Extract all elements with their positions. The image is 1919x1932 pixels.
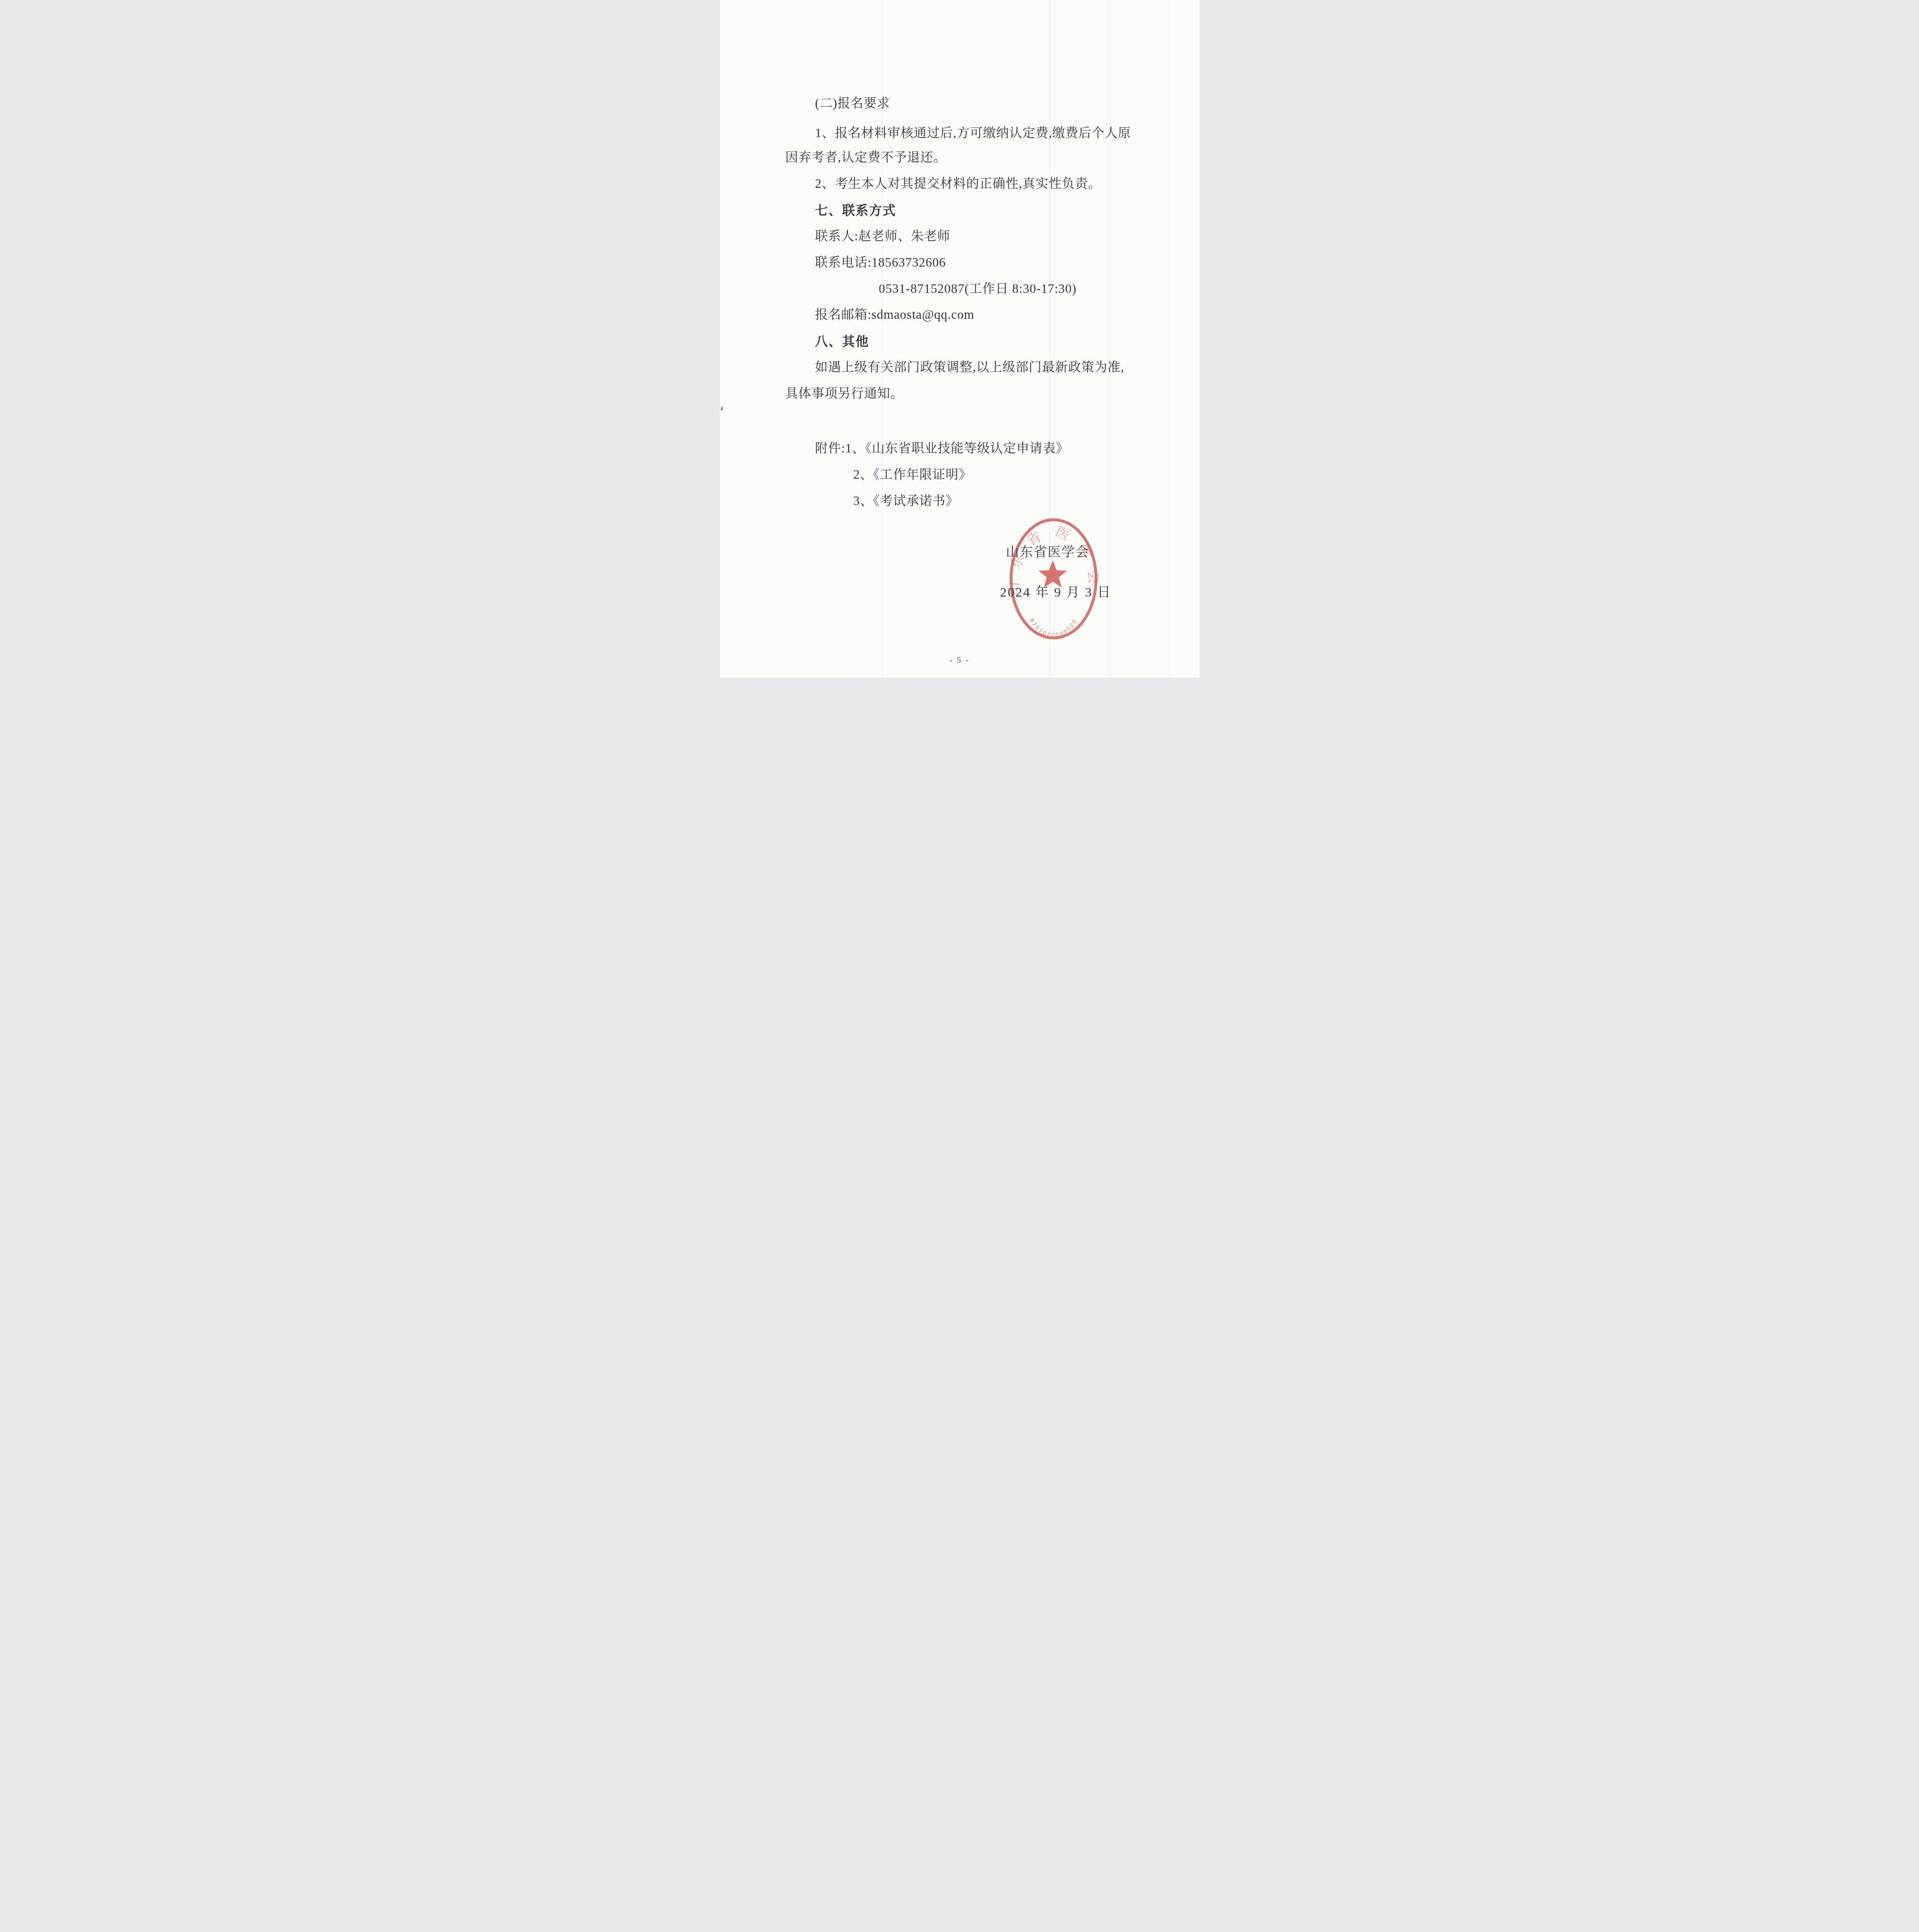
other-para-line-2: 具体事项另行通知。 [785, 386, 904, 402]
seal-serial: 8701027049020 [1028, 617, 1079, 639]
page-number: - 5 - [720, 655, 1200, 665]
contact-phone-line: 联系电话:18563732606 [815, 255, 946, 271]
attachments-line-2: 2、《工作年限证明》 [853, 468, 972, 483]
contact-phone2-line: 0531-87152087(工作日 8:30-17:30) [879, 282, 1077, 297]
section-b-heading: (二)报名要求 [815, 96, 890, 112]
section-8-heading: 八、其他 [815, 334, 869, 349]
signature-date: 2024 年 9 月 3 日 [1000, 585, 1112, 601]
signature-org: 山东省医学会 [1006, 545, 1090, 561]
para-1-line-1: 1、报名材料审核通过后,方可缴纳认定费,缴费后个人原 [815, 126, 1131, 141]
seal-graphic: 山东省医学会 8701027049020 [1008, 517, 1099, 641]
section-7-heading: 七、联系方式 [815, 203, 896, 218]
para-2: 2、考生本人对其提交材料的正确性,真实性负责。 [815, 177, 1101, 192]
attachments-line-3: 3、《考试承诺书》 [853, 494, 959, 509]
para-1-line-2: 因弃考者,认定费不予退还。 [785, 150, 947, 166]
other-para-line-1: 如遇上级有关部门政策调整,以上级部门最新政策为准, [815, 360, 1125, 376]
contact-email-line: 报名邮箱:sdmaosta@qq.com [815, 308, 974, 323]
attachments-line-1: 附件:1、《山东省职业技能等级认定申请表》 [815, 441, 1069, 457]
document-page: (二)报名要求 1、报名材料审核通过后,方可缴纳认定费,缴费后个人原 因弃考者,… [720, 0, 1200, 678]
contact-person-line: 联系人:赵老师、朱老师 [815, 229, 950, 245]
seal-star [1038, 560, 1067, 588]
official-seal: 山东省医学会 8701027049020 [1008, 517, 1099, 641]
scan-artifact-mark [720, 406, 723, 411]
